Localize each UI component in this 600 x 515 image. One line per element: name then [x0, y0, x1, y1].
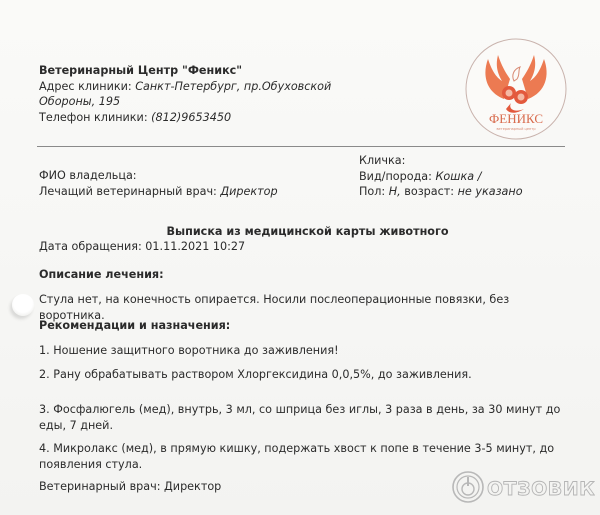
owner-name-label: ФИО владельца:	[39, 168, 278, 184]
watermark-text: ОТЗОВИК	[487, 478, 595, 500]
pet-species: Вид/порода: Кошка /	[359, 169, 523, 185]
clinic-logo: ФЕНИКС ветеринарный центр	[464, 37, 568, 141]
clinic-header: Ветеринарный Центр "Феникс" Адрес клиник…	[39, 63, 331, 125]
clinic-address-line2: Обороны, 195	[39, 94, 331, 110]
clinic-phone: Телефон клиники: (812)9653450	[39, 110, 331, 126]
clinic-address-label: Адрес клиники:	[39, 80, 135, 93]
pet-sex-age: Пол: Н, возраст: не указано	[359, 184, 523, 200]
svg-text:ветеринарный центр: ветеринарный центр	[496, 127, 536, 131]
power-icon	[453, 472, 483, 502]
phoenix-icon: ФЕНИКС ветеринарный центр	[464, 37, 568, 141]
header-divider	[37, 146, 565, 147]
visit-date-value: 01.11.2021 10:27	[145, 240, 245, 253]
attending-doctor: Лечащий ветеринарный врач: Директор	[39, 184, 278, 200]
attending-doctor-label: Лечащий ветеринарный врач:	[39, 185, 220, 198]
pet-species-value: Кошка /	[435, 170, 481, 183]
pet-species-label: Вид/порода:	[359, 170, 435, 183]
visit-date-label: Дата обращения:	[39, 240, 145, 253]
recommendation-item: 2. Рану обрабатывать раствором Хлоргекси…	[39, 367, 569, 383]
attending-doctor-value: Директор	[220, 185, 277, 198]
clinic-phone-label: Телефон клиники:	[39, 111, 151, 124]
treatment-heading: Описание лечения:	[39, 268, 164, 281]
svg-text:ФЕНИКС: ФЕНИКС	[489, 111, 543, 126]
clinic-address-value: Санкт-Петербург, пр.Обуховской	[135, 80, 331, 93]
scanned-document: Ветеринарный Центр "Феникс" Адрес клиник…	[0, 0, 600, 515]
pet-info: Кличка: Вид/порода: Кошка / Пол: Н, возр…	[359, 153, 523, 200]
otzovik-watermark: ОТЗОВИК	[450, 469, 595, 505]
pet-sex-value: Н,	[389, 185, 401, 198]
recommendations-heading: Рекомендации и назначения:	[39, 319, 230, 332]
clinic-address: Адрес клиники: Санкт-Петербург, пр.Обухо…	[39, 79, 331, 95]
pet-age-value: не указано	[458, 185, 523, 198]
recommendation-item: 4. Микролакс (мед), в прямую кишку, поде…	[39, 441, 569, 472]
recommendation-item: 3. Фосфалюгель (мед), внутрь, 3 мл, со ш…	[39, 402, 569, 433]
clinic-phone-value: (812)9653450	[151, 111, 231, 124]
owner-info: ФИО владельца: Лечащий ветеринарный врач…	[39, 168, 278, 199]
visit-date: Дата обращения: 01.11.2021 10:27	[39, 240, 245, 253]
clinic-name: Ветеринарный Центр "Феникс"	[39, 63, 331, 79]
recommendation-item: 1. Ношение защитного воротника до заживл…	[39, 343, 569, 359]
document-title: Выписка из медицинской карты животного	[0, 225, 600, 238]
punch-hole	[12, 294, 34, 316]
pet-age-label: возраст:	[401, 185, 458, 198]
pet-sex-label: Пол:	[359, 185, 389, 198]
pet-name-label: Кличка:	[359, 153, 523, 169]
